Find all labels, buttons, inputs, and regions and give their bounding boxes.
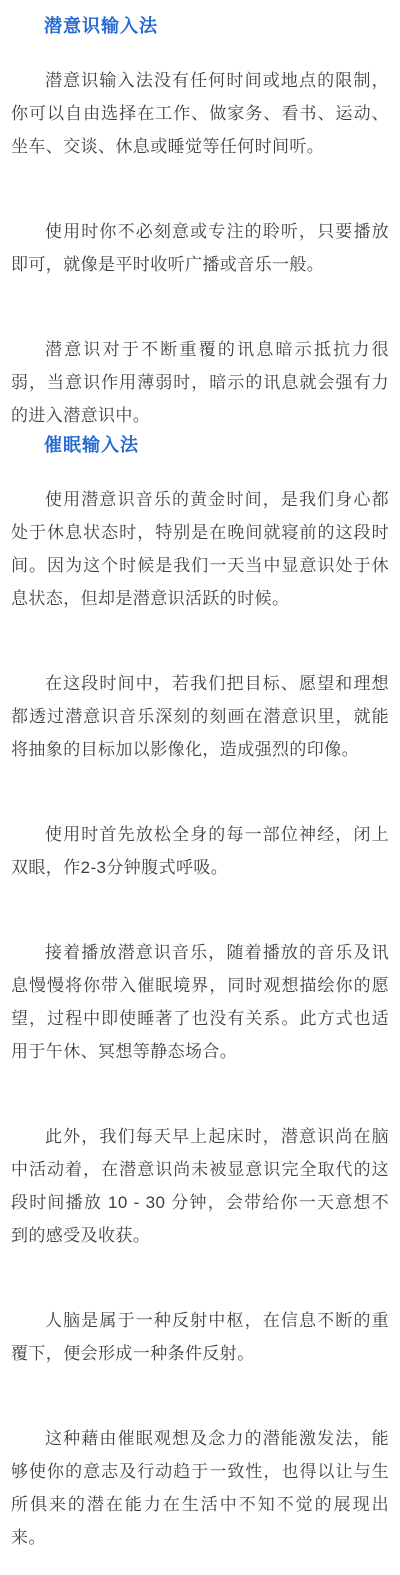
paragraph: 此外，我们每天早上起床时，潜意识尚在脑中活动着，在潜意识尚未被显意识完全取代的这… [11, 1120, 389, 1252]
paragraph: 这种藉由催眠观想及念力的潜能激发法，能够使你的意志及行动趋于一致性，也得以让与生… [11, 1422, 389, 1554]
paragraph: 使用时你不必刻意或专注的聆听，只要播放即可，就像是平时收听广播或音乐一般。 [11, 215, 389, 281]
paragraph: 使用潜意识音乐的黄金时间，是我们身心都处于休息状态时，特别是在晚间就寝前的这段时… [11, 483, 389, 615]
section-subconscious-input: 潜意识输入法 潜意识输入法没有任何时间或地点的限制，你可以自由选择在工作、做家务… [11, 13, 389, 432]
paragraph: 在这段时间中，若我们把目标、愿望和理想都透过潜意识音乐深刻的刻画在潜意识里，就能… [11, 667, 389, 766]
paragraph: 使用时首先放松全身的每一部位神经，闭上双眼，作2-3分钟腹式呼吸。 [11, 818, 389, 884]
paragraph: 人脑是属于一种反射中枢，在信息不断的重覆下，便会形成一种条件反射。 [11, 1304, 389, 1370]
section-heading: 潜意识输入法 [11, 13, 389, 39]
section-hypnosis-input: 催眠输入法 使用潜意识音乐的黄金时间，是我们身心都处于休息状态时，特别是在晚间就… [11, 432, 389, 1554]
article-page: 潜意识输入法 潜意识输入法没有任何时间或地点的限制，你可以自由选择在工作、做家务… [0, 0, 400, 1575]
paragraph: 潜意识对于不断重覆的讯息暗示抵抗力很弱，当意识作用薄弱时，暗示的讯息就会强有力的… [11, 333, 389, 432]
paragraph: 潜意识输入法没有任何时间或地点的限制，你可以自由选择在工作、做家务、看书、运动、… [11, 64, 389, 163]
section-heading: 催眠输入法 [11, 432, 389, 458]
paragraph: 接着播放潜意识音乐，随着播放的音乐及讯息慢慢将你带入催眠境界，同时观想描绘你的愿… [11, 936, 389, 1068]
